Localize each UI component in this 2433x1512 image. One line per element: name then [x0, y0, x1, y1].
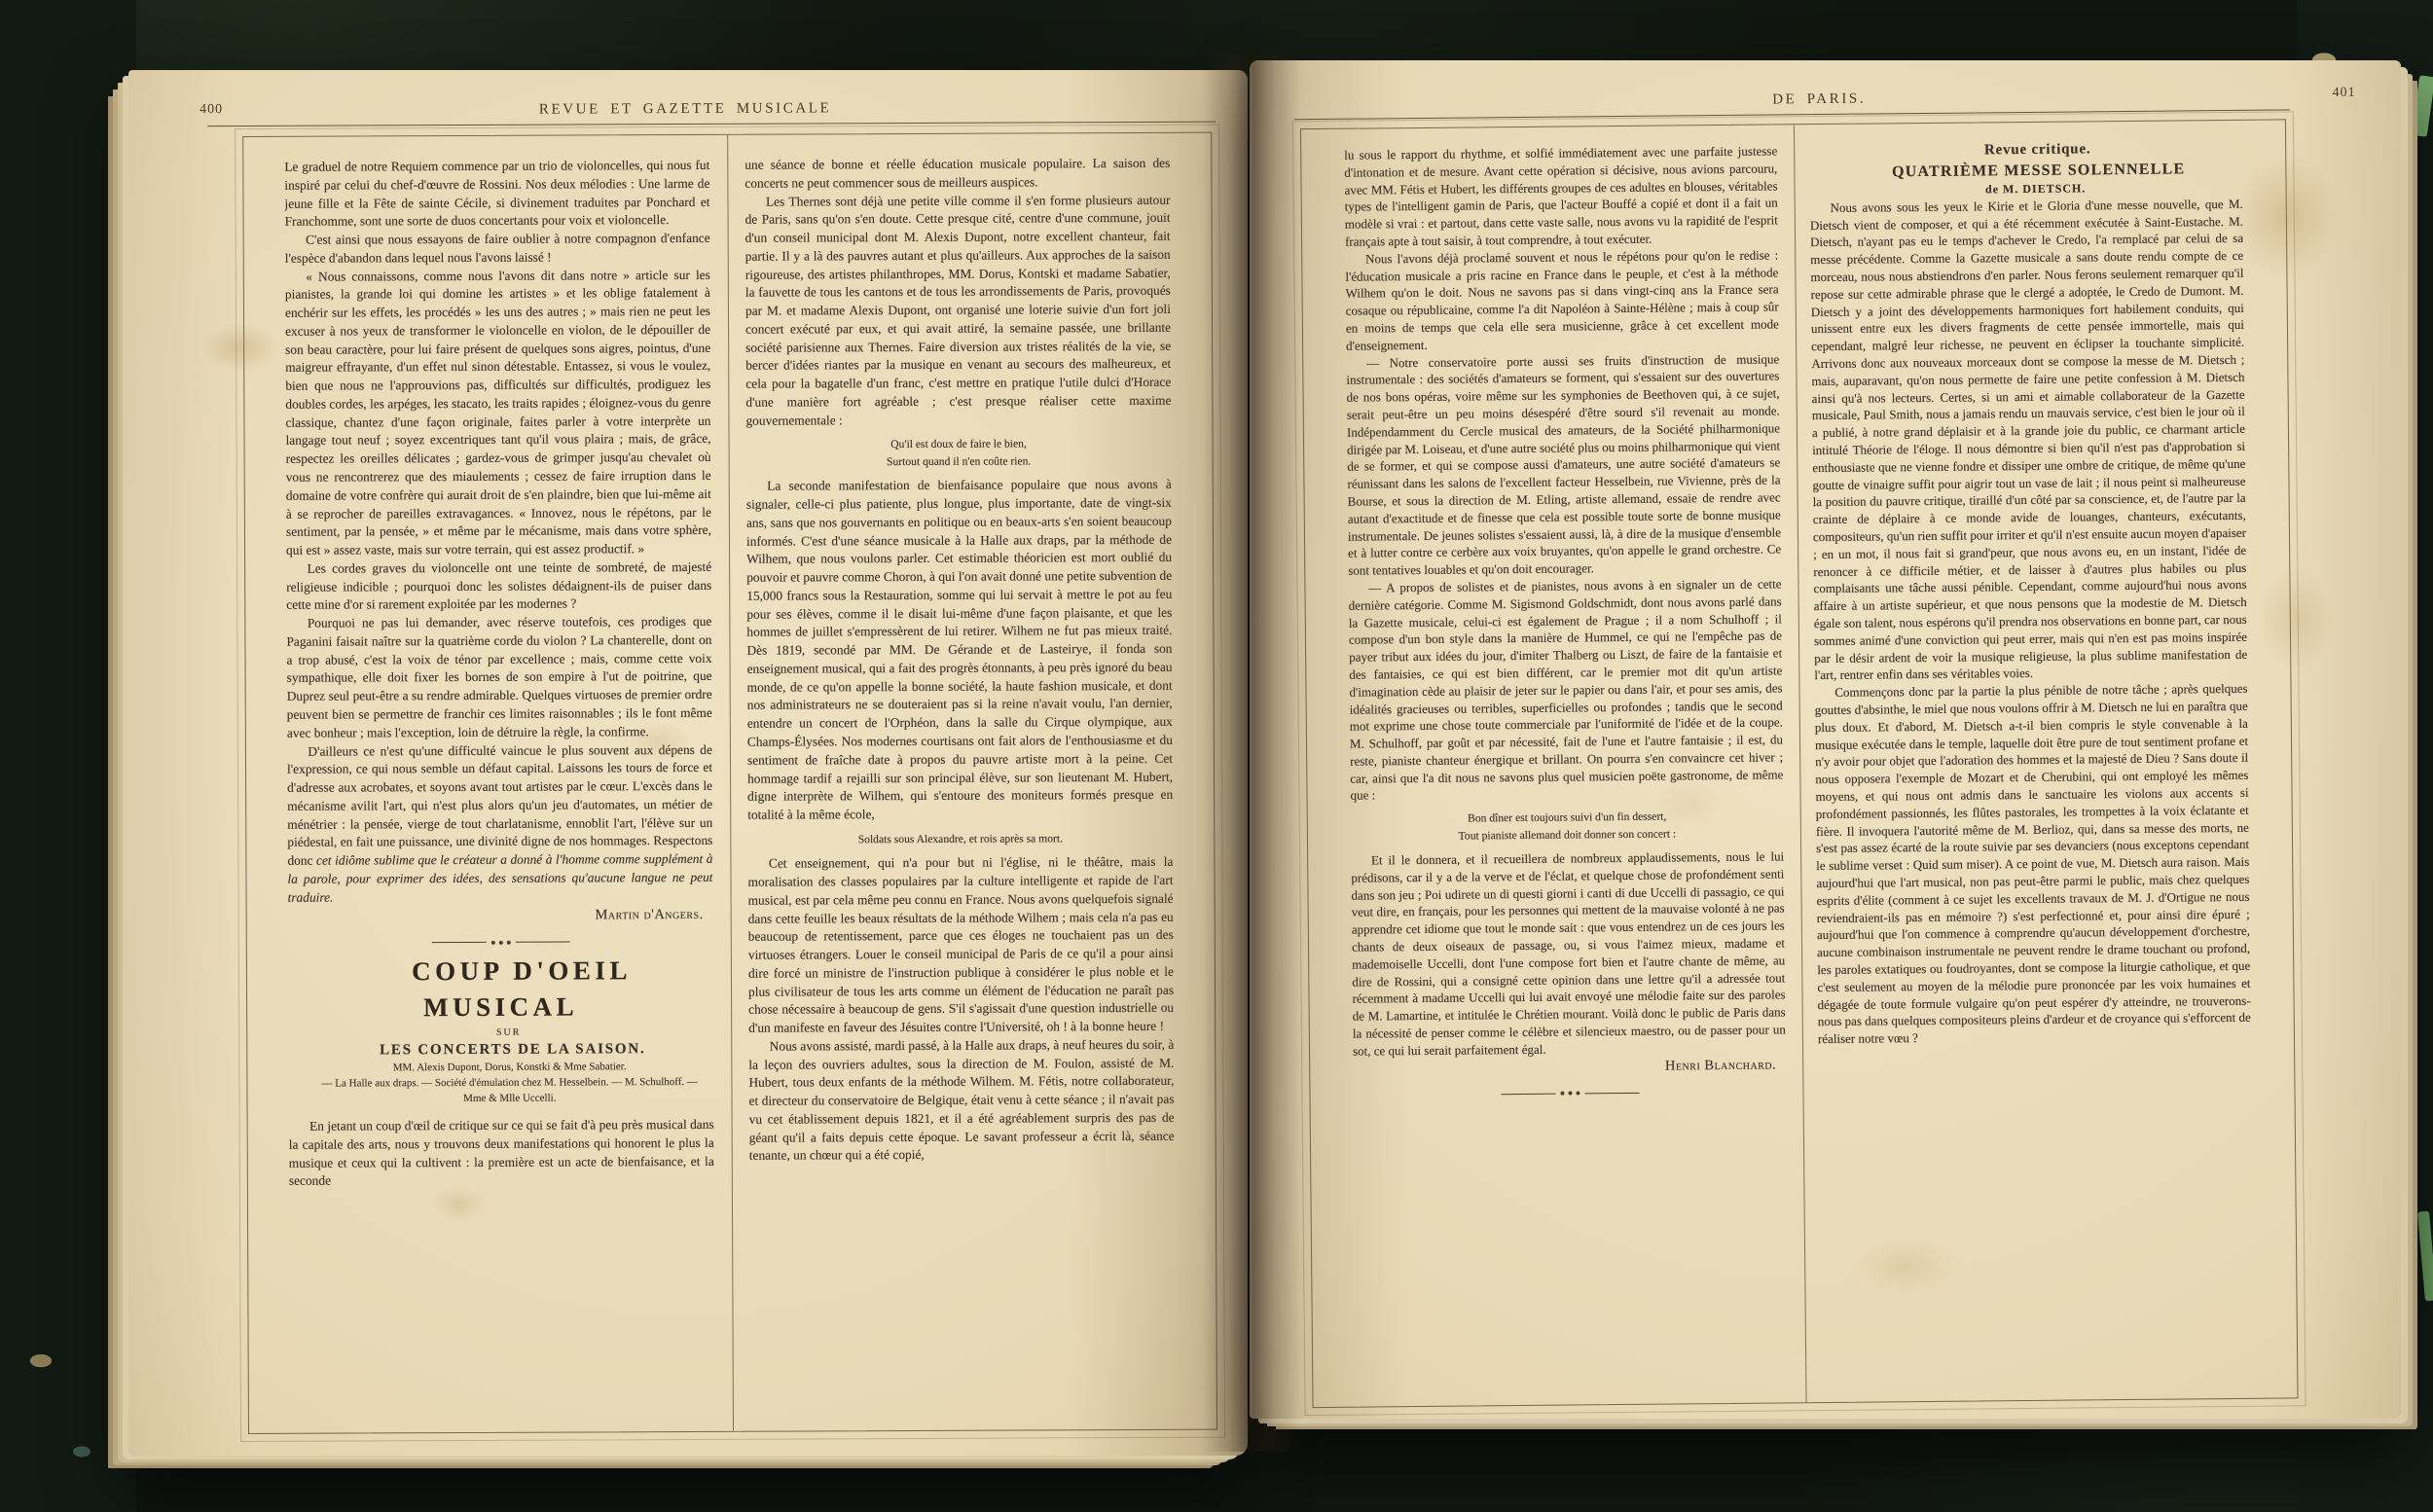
author-signature: Martin d'Angers.	[288, 905, 713, 926]
verse-quote: Qu'il est doux de faire le bien, Surtout…	[746, 435, 1172, 471]
text-frame: Le graduel de notre Requiem commence par…	[242, 132, 1217, 1434]
body-paragraph: En jetant un coup d'œil de critique sur …	[289, 1116, 714, 1191]
right-page-column-2: Revue critique. QUATRIÈME MESSE SOLENNEL…	[1809, 138, 2254, 1385]
left-page: 400 REVUE ET GAZETTE MUSICALE Le graduel…	[128, 70, 1248, 1456]
body-paragraph: Nous avons assisté, mardi passé, à la Ha…	[748, 1036, 1175, 1166]
page-header: 400 REVUE ET GAZETTE MUSICALE	[126, 67, 1245, 123]
verse-line: Surtout quand il n'en coûte rien.	[746, 452, 1172, 471]
page-number: 401	[2333, 86, 2356, 101]
column-rule	[1793, 125, 1806, 1402]
text-frame: lu sous le rapport du rhythme, et solfié…	[1300, 119, 2299, 1408]
body-paragraph: C'est ainsi que nous essayons de faire o…	[285, 230, 710, 268]
article-title: COUP D'OEIL MUSICAL	[288, 953, 713, 1027]
body-paragraph: Commençons donc par la partie la plus pé…	[1814, 680, 2251, 1048]
body-paragraph: — Notre conservatoire porte aussi ses fr…	[1346, 350, 1781, 580]
body-paragraph: La seconde manifestation de bienfaisance…	[746, 476, 1174, 824]
right-page: DE PARIS. 401 lu sous le rapport du rhyt…	[1250, 60, 2401, 1419]
body-paragraph: D'ailleurs ce n'est qu'une difficulté va…	[287, 740, 713, 907]
article-byline: — La Halle aux draps. — Société d'émulat…	[288, 1075, 713, 1093]
divider-ornament	[288, 940, 713, 946]
left-page-column-2: une séance de bonne et réelle éducation …	[744, 155, 1176, 1410]
body-paragraph: Et il le donnera, et il recueillera de n…	[1351, 847, 1786, 1060]
body-paragraph: Nous l'avons déjà proclamé souvent et no…	[1345, 246, 1779, 354]
body-paragraph: — A propos de solistes et de pianistes, …	[1348, 575, 1783, 805]
body-paragraph: Le graduel de notre Requiem commence par…	[284, 157, 709, 232]
scanned-book-spread: 400 REVUE ET GAZETTE MUSICALE Le graduel…	[0, 0, 2433, 1512]
article-byline: MM. Alexis Dupont, Dorus, Konstki & Mme …	[288, 1060, 713, 1077]
verse-line: Tout pianiste allemand doit donner son c…	[1351, 824, 1784, 846]
right-page-column-1: lu sous le rapport du rhythme, et solfié…	[1344, 142, 1789, 1388]
body-paragraph: une séance de bonne et réelle éducation …	[744, 155, 1170, 193]
left-page-column-1: Le graduel de notre Requiem commence par…	[284, 157, 715, 1412]
verse-quote: Bon dîner est toujours suivi d'un fin de…	[1351, 808, 1784, 846]
verse-quote: Soldats sous Alexandre, et rois après sa…	[747, 830, 1173, 848]
running-title: REVUE ET GAZETTE MUSICALE	[126, 98, 1245, 120]
divider-ornament	[1353, 1090, 1786, 1098]
body-paragraph: Les Thernes sont déjà une petite ville c…	[744, 191, 1171, 430]
paragraph-text: D'ailleurs ce n'est qu'une difficulté va…	[287, 741, 712, 867]
article-byline: Mme & Mlle Uccelli.	[288, 1091, 713, 1108]
column-rule	[727, 135, 734, 1431]
closing-italic-text: cet idiôme sublime que le créateur a don…	[287, 851, 712, 904]
body-paragraph: « Nous connaissons, comme nous l'avons d…	[285, 266, 711, 559]
body-paragraph: Cet enseignement, qui n'a pour but ni l'…	[747, 853, 1174, 1038]
body-paragraph: lu sous le rapport du rhythme, et solfié…	[1344, 142, 1778, 250]
verse-line: Soldats sous Alexandre, et rois après sa…	[747, 830, 1173, 848]
body-paragraph: Nous avons sous les yeux le Kirie et le …	[1810, 196, 2248, 685]
verse-line: Qu'il est doux de faire le bien,	[746, 435, 1172, 453]
body-paragraph: Pourquoi ne pas lui demander, avec réser…	[286, 613, 712, 742]
body-paragraph: Les cordes graves du violoncelle ont une…	[286, 558, 711, 615]
page-header: DE PARIS. 401	[1243, 54, 2394, 116]
book-cover-left	[0, 0, 136, 1512]
article-subtitle: LES CONCERTS DE LA SAISON.	[288, 1039, 713, 1062]
